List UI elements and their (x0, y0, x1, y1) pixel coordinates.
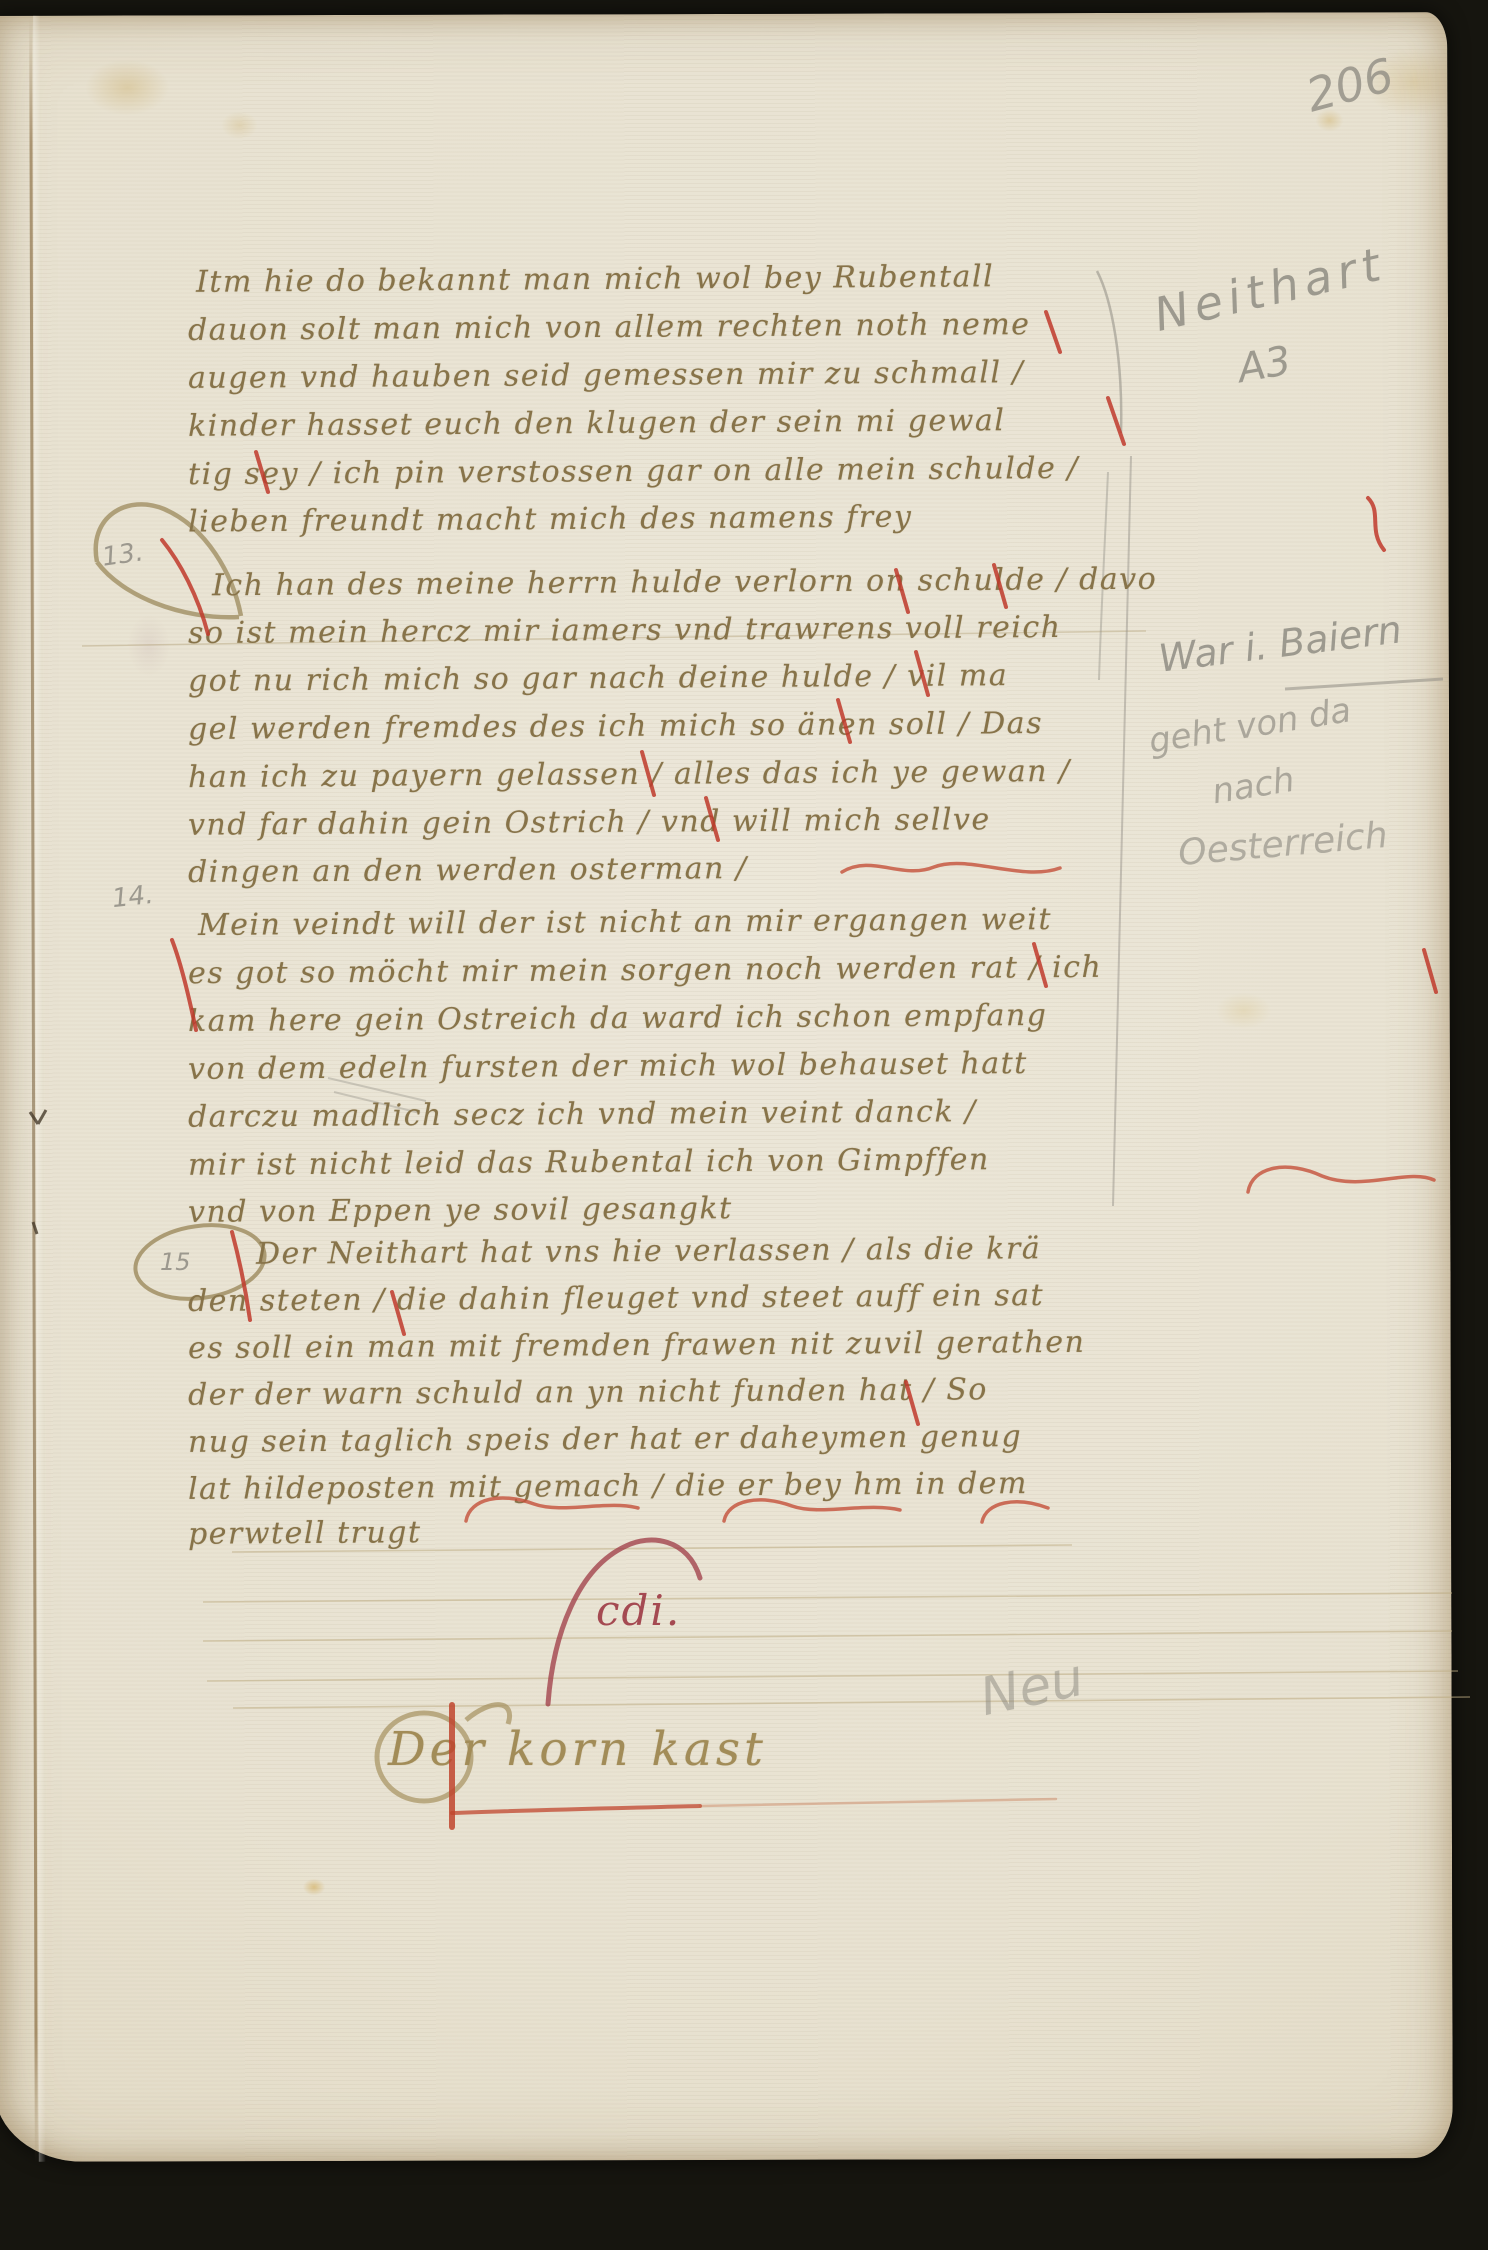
ink-line: nug sein taglich speis der hat er daheym… (188, 1419, 1022, 1460)
pencil-note-ref: A3 (1234, 338, 1294, 392)
ink-line: Mein veindt will der ist nicht an mir er… (198, 902, 1052, 943)
ink-line: von dem edeln fursten der mich wol behau… (188, 1046, 1028, 1087)
ink-line: vnd far dahin gein Ostrich / vnd will mi… (188, 802, 991, 843)
ink-line: dingen an den werden osterman / (188, 851, 748, 890)
ink-line: tig sey / ich pin verstossen gar on alle… (188, 451, 1079, 492)
ink-line: kinder hasset euch den klugen der sein m… (188, 403, 1006, 444)
stanza-number-13: 13. (100, 537, 145, 572)
ink-line: vnd von Eppen ye sovil gesangkt (188, 1191, 733, 1230)
ink-line: lat hildeposten mit gemach / die er bey … (188, 1466, 1028, 1507)
ink-line: dauon solt man mich von allem rechten no… (188, 307, 1031, 348)
ink-line: Der Neithart hat vns hie verlassen / als… (256, 1231, 1041, 1271)
ink-line: kam here gein Ostreich da ward ich schon… (188, 998, 1048, 1039)
ink-line: es got so möcht mir mein sorgen noch wer… (188, 950, 1102, 991)
ink-line: den steten / die dahin fleuget vnd steet… (188, 1278, 1044, 1319)
ink-line: es soll ein man mit fremden frawen nit z… (188, 1325, 1086, 1366)
stanza-number-15: 15 (160, 1248, 191, 1276)
ink-line: darczu madlich secz ich vnd mein veint d… (188, 1094, 977, 1135)
ink-line: mir ist nicht leid das Rubental ich von … (188, 1142, 990, 1183)
rubric-catchword: cdi. (596, 1586, 681, 1635)
ink-line: perwtell trugt (188, 1515, 422, 1552)
ink-line: lieben freundt macht mich des namens fre… (188, 499, 913, 539)
ink-line: so ist mein hercz mir iamers vnd trawren… (188, 610, 1062, 651)
chapter-title: Der korn kast (388, 1722, 767, 1777)
ink-line: gel werden fremdes des ich mich so änen … (188, 706, 1043, 747)
ink-line: Ich han des meine herrn hulde verlorn on… (212, 562, 1157, 604)
ink-line: han ich zu payern gelassen / alles das i… (188, 754, 1071, 795)
ink-line: Itm hie do bekannt man mich wol bey Rube… (196, 259, 994, 300)
manuscript-photo: Itm hie do bekannt man mich wol bey Rube… (0, 0, 1488, 2250)
ink-line: got nu rich mich so gar nach deine hulde… (188, 658, 1008, 699)
ink-line: der der warn schuld an yn nicht funden h… (188, 1372, 988, 1413)
ink-line: augen vnd hauben seid gemessen mir zu sc… (188, 355, 1024, 396)
stanza-number-14: 14. (111, 880, 155, 914)
